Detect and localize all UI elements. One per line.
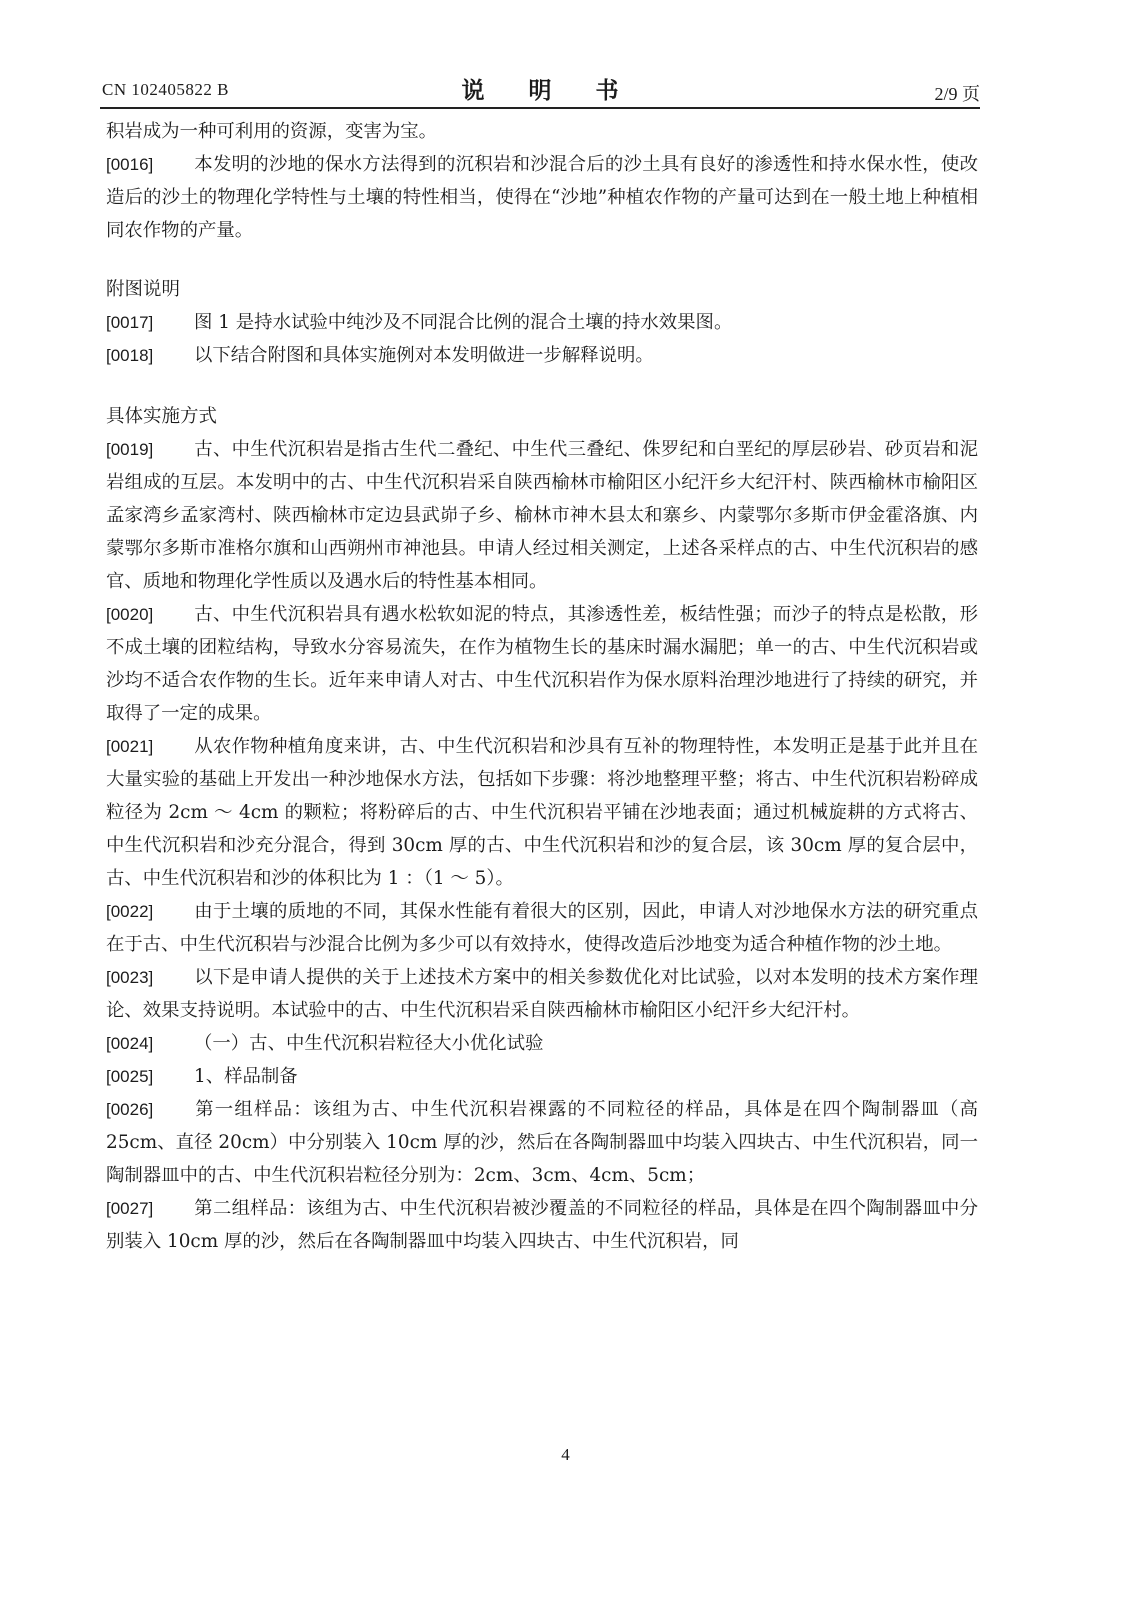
paragraph-continuation: 积岩成为一种可利用的资源，变害为宝。 [106,115,978,148]
section-heading-figures: 附图说明 [106,273,978,306]
paragraph-text: （一）古、中生代沉积岩粒径大小优化试验 [194,1033,543,1054]
paragraph-number: [0023] [106,961,194,994]
paragraph-text: 第二组样品：该组为古、中生代沉积岩被沙覆盖的不同粒径的样品，具体是在四个陶制器皿… [106,1198,978,1252]
paragraph-number: [0018] [106,339,194,372]
spacer [106,372,978,400]
paragraph-text: 以下结合附图和具体实施例对本发明做进一步解释说明。 [194,345,654,366]
paragraph-text: 由于土壤的质地的不同，其保水性能有着很大的区别，因此，申请人对沙地保水方法的研究… [106,901,978,955]
page-indicator: 2/9 页 [934,80,980,106]
paragraph-text: 以下是申请人提供的关于上述技术方案中的相关参数优化对比试验，以对本发明的技术方案… [106,967,978,1021]
paragraph-0019: [0019]古、中生代沉积岩是指古生代二叠纪、中生代三叠纪、侏罗纪和白垩纪的厚层… [106,433,978,598]
paragraph-0027: [0027]第二组样品：该组为古、中生代沉积岩被沙覆盖的不同粒径的样品，具体是在… [106,1192,978,1258]
paragraph-number: [0026] [106,1093,194,1126]
document-body: 积岩成为一种可利用的资源，变害为宝。 [0016]本发明的沙地的保水方法得到的沉… [106,115,978,1258]
paragraph-number: [0022] [106,895,194,928]
paragraph-0016: [0016]本发明的沙地的保水方法得到的沉积岩和沙混合后的沙土具有良好的渗透性和… [106,148,978,247]
paragraph-0017: [0017]图 1 是持水试验中纯沙及不同混合比例的混合土壤的持水效果图。 [106,306,978,339]
paragraph-text: 从农作物种植角度来讲，古、中生代沉积岩和沙具有互补的物理特性，本发明正是基于此并… [106,736,978,889]
paragraph-number: [0017] [106,306,194,339]
paragraph-number: [0021] [106,730,194,763]
paragraph-number: [0019] [106,433,194,466]
paragraph-text: 第一组样品：该组为古、中生代沉积岩裸露的不同粒径的样品，具体是在四个陶制器皿（高… [106,1099,978,1186]
document-title: 说 明 书 [100,72,980,105]
paragraph-0018: [0018]以下结合附图和具体实施例对本发明做进一步解释说明。 [106,339,978,372]
page-header: CN 102405822 B 说 明 书 2/9 页 [100,70,980,106]
paragraph-number: [0024] [106,1027,194,1060]
page-number: 4 [0,1445,1131,1465]
paragraph-0021: [0021]从农作物种植角度来讲，古、中生代沉积岩和沙具有互补的物理特性，本发明… [106,730,978,895]
paragraph-number: [0027] [106,1192,194,1225]
paragraph-number: [0020] [106,598,194,631]
spacer [106,247,978,273]
header-rule [100,107,980,109]
paragraph-text: 古、中生代沉积岩具有遇水松软如泥的特点，其渗透性差，板结性强；而沙子的特点是松散… [106,604,978,724]
paragraph-0020: [0020]古、中生代沉积岩具有遇水松软如泥的特点，其渗透性差，板结性强；而沙子… [106,598,978,730]
paragraph-text: 1、样品制备 [194,1066,298,1087]
section-heading-embodiments: 具体实施方式 [106,400,978,433]
paragraph-number: [0025] [106,1060,194,1093]
paragraph-text: 本发明的沙地的保水方法得到的沉积岩和沙混合后的沙土具有良好的渗透性和持水保水性，… [106,154,978,241]
paragraph-text: 图 1 是持水试验中纯沙及不同混合比例的混合土壤的持水效果图。 [194,312,732,333]
paragraph-text: 古、中生代沉积岩是指古生代二叠纪、中生代三叠纪、侏罗纪和白垩纪的厚层砂岩、砂页岩… [106,439,978,592]
paragraph-0023: [0023]以下是申请人提供的关于上述技术方案中的相关参数优化对比试验，以对本发… [106,961,978,1027]
paragraph-number: [0016] [106,148,194,181]
paragraph-0024: [0024]（一）古、中生代沉积岩粒径大小优化试验 [106,1027,978,1060]
paragraph-0026: [0026]第一组样品：该组为古、中生代沉积岩裸露的不同粒径的样品，具体是在四个… [106,1093,978,1192]
paragraph-0025: [0025]1、样品制备 [106,1060,978,1093]
paragraph-0022: [0022]由于土壤的质地的不同，其保水性能有着很大的区别，因此，申请人对沙地保… [106,895,978,961]
